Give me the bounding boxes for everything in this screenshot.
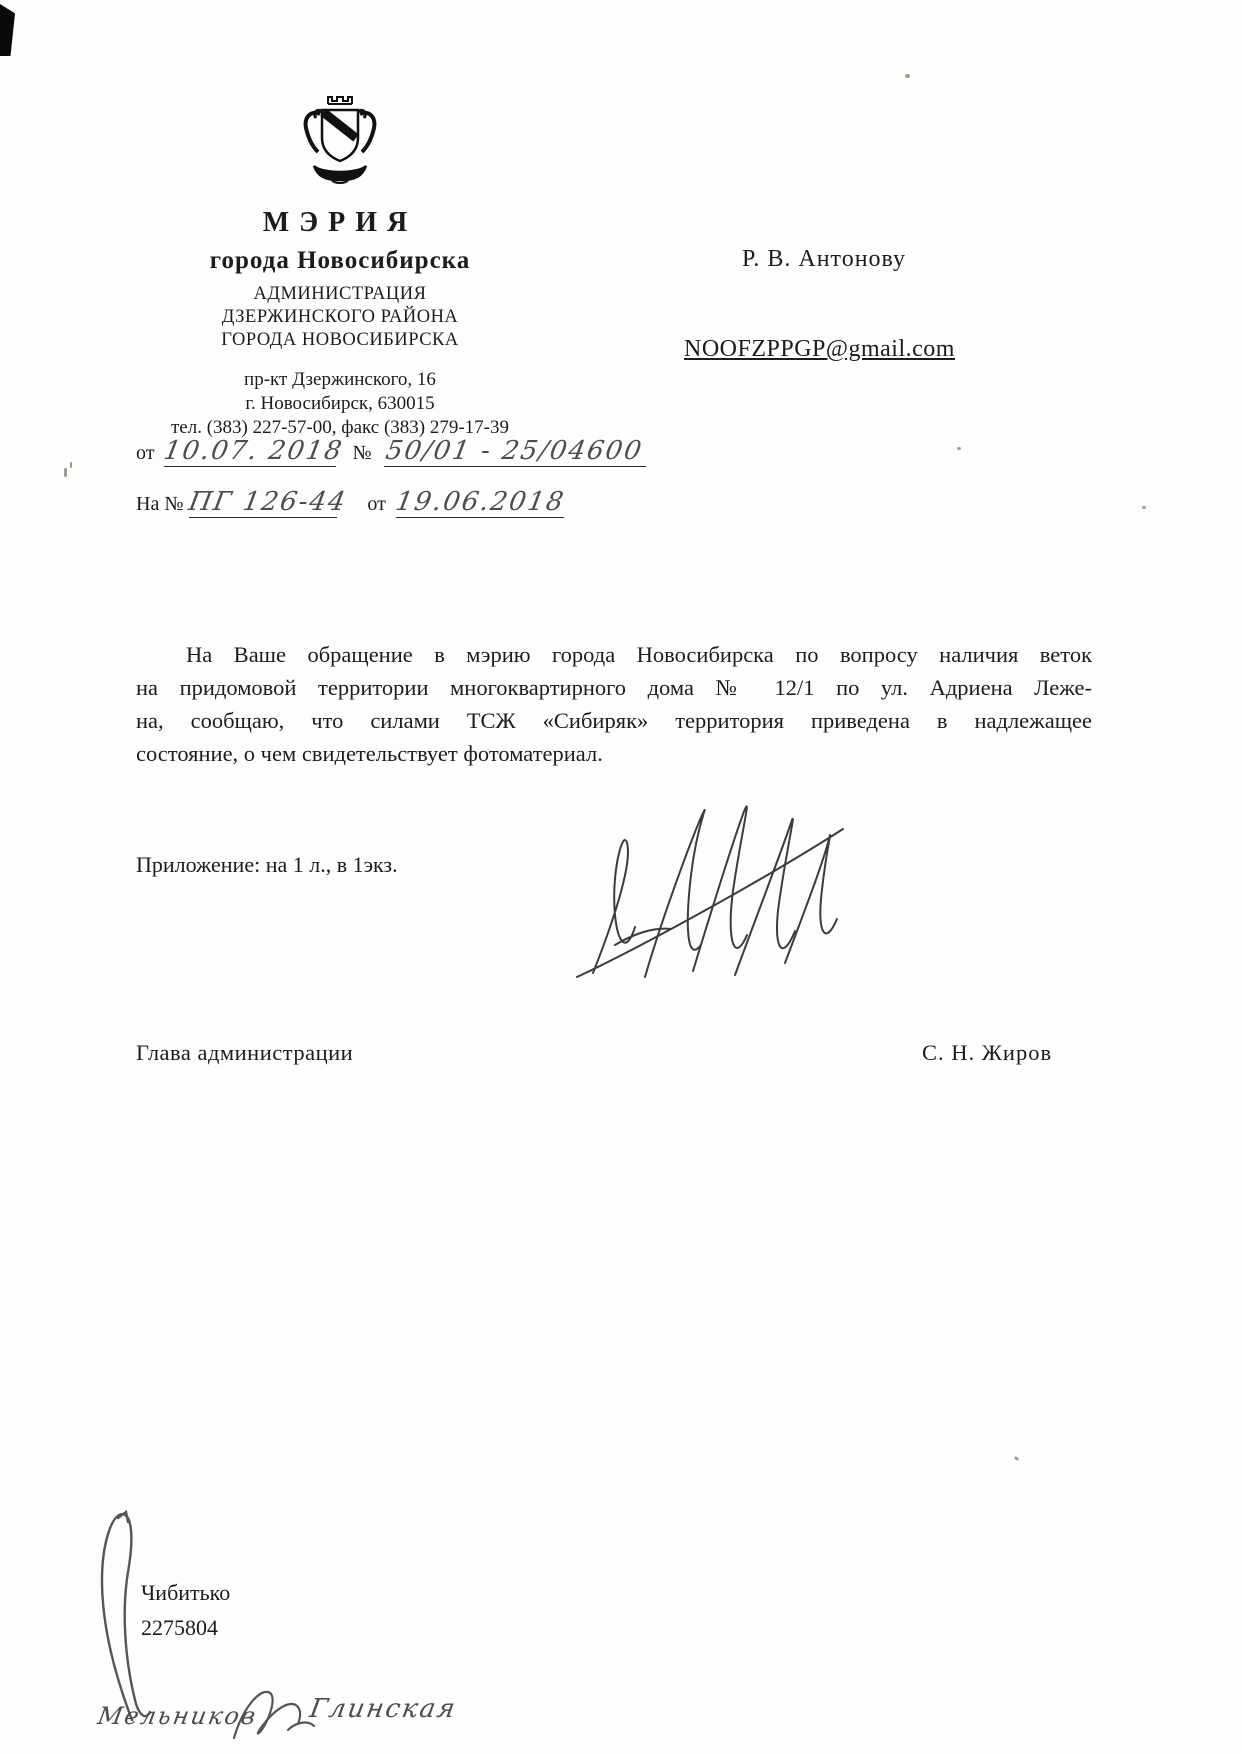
handwritten-note-right: Глинская (310, 1694, 456, 1724)
attachment-line: Приложение: на 1 л., в 1экз. (136, 852, 398, 878)
incoming-date-label: от (367, 493, 385, 516)
handwritten-flourish (228, 1680, 318, 1753)
handwritten-note-right-text: Глинская (307, 1694, 459, 1724)
scan-speck (1014, 1456, 1020, 1461)
dept-line-1: АДМИНИСТРАЦИЯ (118, 283, 562, 306)
outgoing-reference-line: от10.07. 2018№50/01 - 25/04600 (136, 436, 646, 467)
scan-artifact-corner (0, 4, 15, 56)
outgoing-number-field: 50/01 - 25/04600 (384, 436, 646, 467)
address-street: пр-кт Дзержинского, 16 (118, 368, 562, 392)
body-line: состояние, о чем свидетельствует фотомат… (136, 737, 1092, 770)
letter-body: На Ваше обращение в мэрию города Новосиб… (136, 638, 1092, 770)
signer-name: С. Н. Жиров (922, 1040, 1052, 1066)
executor-phone: 2275804 (141, 1615, 218, 1641)
scan-speck (70, 462, 72, 468)
body-line: на придомовой территории многоквартирног… (136, 671, 1092, 704)
outgoing-date-field: 10.07. 2018 (164, 436, 336, 467)
outgoing-number-handwritten: 50/01 - 25/04600 (384, 436, 646, 466)
body-line: На Ваше обращение в мэрию города Новосиб… (136, 638, 1092, 671)
dept-line-2: ДЗЕРЖИНСКОГО РАЙОНА (118, 306, 562, 329)
incoming-date-field: 19.06.2018 (396, 487, 564, 518)
incoming-number-handwritten: ПГ 126-44 (187, 487, 350, 517)
scan-speck (64, 468, 67, 477)
incoming-reference-line: На №ПГ 126-44от19.06.2018 (136, 487, 564, 518)
body-line: на, сообщаю, что силами ТСЖ «Сибиряк» те… (136, 704, 1092, 737)
outgoing-number-label: № (352, 442, 371, 465)
incoming-date-handwritten: 19.06.2018 (393, 487, 567, 517)
letterhead: МЭРИЯ города Новосибирска АДМИНИСТРАЦИЯ … (118, 92, 562, 439)
incoming-number-field: ПГ 126-44 (189, 487, 337, 518)
signature-scribble (575, 795, 865, 985)
outgoing-date-label: от (136, 442, 154, 465)
scanned-letter-page: МЭРИЯ города Новосибирска АДМИНИСТРАЦИЯ … (0, 0, 1241, 1753)
recipient-email: NOOFZPPGP@gmail.com (684, 336, 955, 363)
org-name-primary: МЭРИЯ (118, 207, 562, 239)
outgoing-date-handwritten: 10.07. 2018 (162, 436, 346, 466)
scan-speck (1142, 506, 1146, 509)
incoming-number-label: На № (136, 493, 183, 516)
org-name-secondary: города Новосибирска (118, 247, 562, 275)
address-city: г. Новосибирск, 630015 (118, 392, 562, 416)
scan-speck (905, 74, 910, 78)
novosibirsk-coat-of-arms-icon (292, 92, 388, 195)
recipient-name: Р. В. Антонову (742, 246, 906, 273)
dept-line-3: ГОРОДА НОВОСИБИРСКА (118, 329, 562, 352)
signer-title: Глава администрации (136, 1040, 353, 1066)
scan-speck (957, 447, 961, 450)
executor-name: Чибитько (141, 1580, 230, 1606)
